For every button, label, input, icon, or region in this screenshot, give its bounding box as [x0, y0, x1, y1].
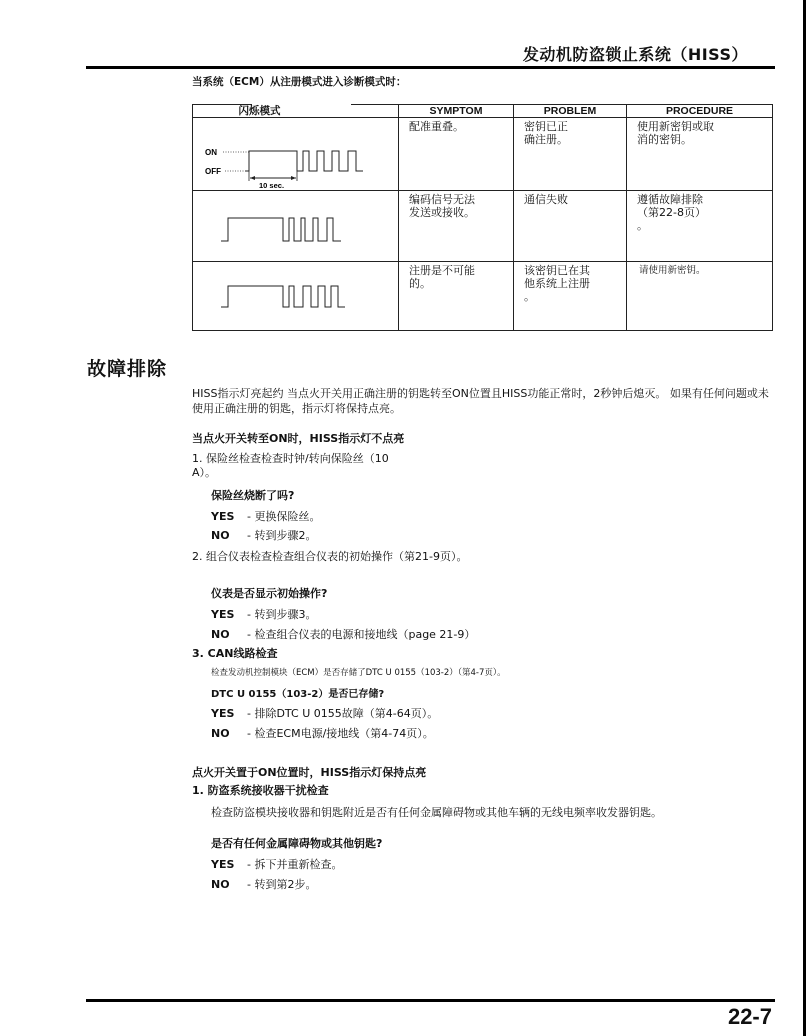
yes-action: - 转到步骤3。: [247, 608, 316, 621]
case2-step1-question: 是否有任何金属障碍物或其他钥匙?: [211, 835, 382, 851]
table-row: 注册是不可能 的。 该密钥已在其 他系统上注册 。 请使用新密钥。: [193, 262, 773, 331]
footer-rule: [86, 999, 775, 1002]
symptom-cell: 配准重叠。: [399, 118, 514, 191]
yes-action: - 排除DTC U 0155故障（第4-64页）。: [247, 707, 438, 720]
column-header-blink-pattern: 闪烁模式: [193, 105, 399, 118]
no-label: NO: [211, 727, 247, 740]
waveform-diagram-1: ON OFF 10 sec.: [193, 118, 399, 188]
blink-pattern-cell: [193, 191, 399, 262]
case2-step1-no-line: NO- 转到第2步。: [211, 876, 316, 892]
waveform-diagram-3: [193, 262, 399, 328]
no-action: - 检查ECM电源/接地线（第4-74页）。: [247, 727, 434, 740]
off-label: OFF: [205, 167, 221, 176]
step3-text: 检查发动机控制模块（ECM）是否存储了DTC U 0155（103-2）（第4-…: [211, 666, 506, 678]
no-action: - 转到步骤2。: [247, 529, 316, 542]
step2-no-line: NO- 检查组合仪表的电源和接地线（page 21-9）: [211, 626, 475, 642]
step2-question: 仪表是否显示初始操作?: [211, 585, 327, 601]
no-label: NO: [211, 878, 247, 891]
blink-pattern-cell: [193, 262, 399, 331]
procedure-cell: 请使用新密钥。: [627, 262, 773, 331]
yes-label: YES: [211, 608, 247, 621]
yes-label: YES: [211, 510, 247, 523]
step1-yes-line: YES- 更换保险丝。: [211, 508, 320, 524]
section-intro: HISS指示灯亮起约 当点火开关用正确注册的钥匙转至ON位置且HISS功能正常时…: [192, 386, 777, 416]
page-number: 22-7: [728, 1004, 772, 1030]
step2-text: 2. 组合仪表检查检查组合仪表的初始操作（第21-9页）。: [192, 548, 467, 564]
no-action: - 转到第2步。: [247, 878, 316, 891]
column-header-symptom: SYMPTOM: [399, 105, 514, 118]
problem-cell: 该密钥已在其 他系统上注册 。: [514, 262, 627, 331]
step1-question: 保险丝烧断了吗?: [211, 487, 294, 503]
chapter-title: 发动机防盗锁止系统（HISS）: [523, 42, 748, 65]
yes-action: - 拆下并重新检查。: [247, 858, 342, 871]
diagnostic-table: 闪烁模式 SYMPTOM PROBLEM PROCEDURE ON OFF: [192, 104, 772, 328]
case1-heading: 当点火开关转至ON时，HISS指示灯不点亮: [192, 430, 404, 446]
step1-text-line2: A）。: [192, 464, 216, 480]
no-label: NO: [211, 529, 247, 542]
waveform-diagram-2: [193, 191, 399, 259]
blink-pattern-cell: ON OFF 10 sec.: [193, 118, 399, 191]
column-header-problem: PROBLEM: [514, 105, 627, 118]
procedure-cell: 遵循故障排除 （第22-8页） 。: [627, 191, 773, 262]
step3-no-line: NO- 检查ECM电源/接地线（第4-74页）。: [211, 725, 434, 741]
case2-heading: 点火开关置于ON位置时，HISS指示灯保持点亮: [192, 764, 426, 780]
step2-yes-line: YES- 转到步骤3。: [211, 606, 316, 622]
step1-no-line: NO- 转到步骤2。: [211, 527, 316, 543]
problem-cell: 通信失败: [514, 191, 627, 262]
step1-text-line1: 1. 保险丝检查检查时钟/转向保险丝（10: [192, 450, 389, 466]
yes-action: - 更换保险丝。: [247, 510, 320, 523]
table-row: 编码信号无法 发送或接收。 通信失败 遵循故障排除 （第22-8页） 。: [193, 191, 773, 262]
table-intro-heading: 当系统（ECM）从注册模式进入诊断模式时：: [192, 74, 406, 89]
table-row: ON OFF 10 sec. 配准重叠。 密钥已正 确注册。 使用新密钥或取 消…: [193, 118, 773, 191]
case2-step1-text: 检查防盗模块接收器和钥匙附近是否有任何金属障碍物或其他车辆的无线电频率收发器钥匙…: [211, 804, 662, 820]
step3-heading: 3. CAN线路检查: [192, 645, 277, 661]
duration-label: 10 sec.: [259, 181, 284, 188]
symptom-cell: 编码信号无法 发送或接收。: [399, 191, 514, 262]
problem-cell: 密钥已正 确注册。: [514, 118, 627, 191]
step3-question: DTC U 0155（103-2）是否已存储?: [211, 685, 384, 700]
case2-step1-yes-line: YES- 拆下并重新检查。: [211, 856, 342, 872]
step3-yes-line: YES- 排除DTC U 0155故障（第4-64页）。: [211, 705, 438, 721]
case2-step1-heading: 1. 防盗系统接收器干扰检查: [192, 782, 329, 798]
yes-label: YES: [211, 707, 247, 720]
procedure-cell: 使用新密钥或取 消的密钥。: [627, 118, 773, 191]
column-header-procedure: PROCEDURE: [627, 105, 773, 118]
section-title: 故障排除: [87, 354, 167, 381]
symptom-cell: 注册是不可能 的。: [399, 262, 514, 331]
header-rule: [86, 66, 775, 69]
no-action: - 检查组合仪表的电源和接地线（page 21-9）: [247, 628, 475, 641]
on-label: ON: [205, 148, 217, 157]
table-header-row: 闪烁模式 SYMPTOM PROBLEM PROCEDURE: [193, 105, 773, 118]
no-label: NO: [211, 628, 247, 641]
yes-label: YES: [211, 858, 247, 871]
